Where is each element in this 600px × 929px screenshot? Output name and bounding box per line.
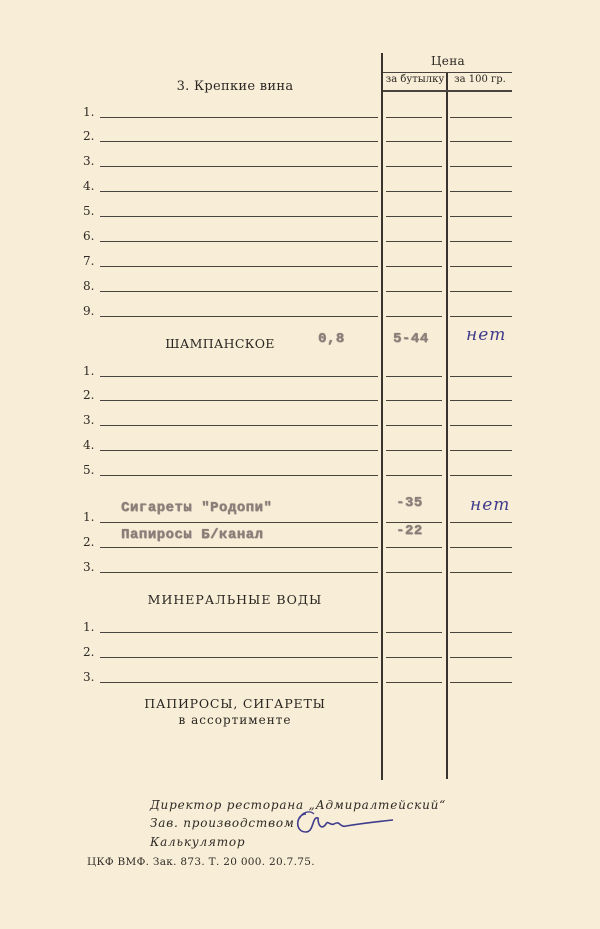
bottle-price-line <box>386 632 442 633</box>
printing-imprint: ЦКФ ВМФ. Зак. 873. Т. 20 000. 20.7.75. <box>87 856 315 868</box>
row-number: 5. <box>83 463 94 477</box>
section-title-tobacco: ПАПИРОСЫ, СИГАРЕТЫ <box>110 696 360 711</box>
per100-price-line <box>450 475 512 476</box>
per100-price-line <box>450 291 512 292</box>
stamped-price-2: -22 <box>396 523 423 539</box>
section-title-strong-wines: 3. Крепкие вина <box>100 79 370 94</box>
col-100g-header: за 100 гр. <box>448 74 512 85</box>
bottle-price-line <box>386 266 442 267</box>
row-number: 7. <box>83 254 94 268</box>
bottle-price-line <box>386 450 442 451</box>
champagne-bottle-price: 5-44 <box>393 331 429 347</box>
item-line <box>100 572 378 573</box>
bottle-price-line <box>386 547 442 548</box>
per100-price-line <box>450 141 512 142</box>
bottle-price-line <box>386 572 442 573</box>
handwritten-signature <box>288 806 398 838</box>
per100-price-line <box>450 316 512 317</box>
item-line <box>100 522 378 523</box>
header-rule-bottom <box>383 90 512 92</box>
bottle-price-line <box>386 316 442 317</box>
row-number: 1. <box>83 364 94 378</box>
stamped-item-2: Папиросы Б/канал <box>121 527 263 543</box>
champagne-note-handwritten: нет <box>466 325 506 345</box>
header-rule-top <box>383 72 512 73</box>
item-line <box>100 682 378 683</box>
per100-price-line <box>450 266 512 267</box>
item-line <box>100 166 378 167</box>
item-line <box>100 241 378 242</box>
row-number: 9. <box>83 304 94 318</box>
per100-price-line <box>450 450 512 451</box>
bottle-price-line <box>386 376 442 377</box>
section-title-champagne: ШАМПАНСКОЕ <box>150 336 290 351</box>
bottle-price-line <box>386 141 442 142</box>
item-line <box>100 316 378 317</box>
column-rule-middle <box>446 73 448 779</box>
stamped-price-1: -35 <box>396 495 423 511</box>
column-rule-left <box>381 53 383 780</box>
per100-price-line <box>450 632 512 633</box>
row-number: 6. <box>83 229 94 243</box>
row-number: 4. <box>83 179 94 193</box>
stamped-note-1: нет <box>470 495 510 515</box>
bottle-price-line <box>386 682 442 683</box>
bottle-price-line <box>386 241 442 242</box>
per100-price-line <box>450 400 512 401</box>
signature-calculator: Калькулятор <box>150 835 245 849</box>
row-number: 3. <box>83 154 94 168</box>
bottle-price-line <box>386 425 442 426</box>
menu-page: { "header": { "price_label": "Цена", "co… <box>0 0 600 929</box>
item-line <box>100 191 378 192</box>
per100-price-line <box>450 216 512 217</box>
per100-price-line <box>450 657 512 658</box>
per100-price-line <box>450 522 512 523</box>
row-number: 2. <box>83 129 94 143</box>
bottle-price-line <box>386 117 442 118</box>
bottle-price-line <box>386 657 442 658</box>
row-number: 5. <box>83 204 94 218</box>
row-number: 3. <box>83 413 94 427</box>
item-line <box>100 216 378 217</box>
row-number: 2. <box>83 645 94 659</box>
item-line <box>100 547 378 548</box>
price-header: Цена <box>384 54 512 68</box>
stamped-item-1: Сигареты "Родопи" <box>121 500 272 516</box>
item-line <box>100 376 378 377</box>
item-line <box>100 117 378 118</box>
per100-price-line <box>450 191 512 192</box>
item-line <box>100 632 378 633</box>
bottle-price-line <box>386 475 442 476</box>
item-line <box>100 400 378 401</box>
per100-price-line <box>450 117 512 118</box>
item-line <box>100 425 378 426</box>
row-number: 1. <box>83 105 94 119</box>
per100-price-line <box>450 166 512 167</box>
item-line <box>100 291 378 292</box>
per100-price-line <box>450 425 512 426</box>
section-subtitle-tobacco: в ассортименте <box>110 713 360 727</box>
section-title-mineral-water: МИНЕРАЛЬНЫЕ ВОДЫ <box>110 592 360 607</box>
per100-price-line <box>450 376 512 377</box>
bottle-price-line <box>386 191 442 192</box>
champagne-volume: 0,8 <box>318 331 345 347</box>
item-line <box>100 475 378 476</box>
item-line <box>100 657 378 658</box>
per100-price-line <box>450 682 512 683</box>
row-number: 4. <box>83 438 94 452</box>
row-number: 3. <box>83 560 94 574</box>
per100-price-line <box>450 241 512 242</box>
bottle-price-line <box>386 400 442 401</box>
item-line <box>100 141 378 142</box>
bottle-price-line <box>386 216 442 217</box>
per100-price-line <box>450 547 512 548</box>
bottle-price-line <box>386 166 442 167</box>
row-number: 2. <box>83 388 94 402</box>
row-number: 2. <box>83 535 94 549</box>
bottle-price-line <box>386 291 442 292</box>
row-number: 3. <box>83 670 94 684</box>
item-line <box>100 450 378 451</box>
row-number: 1. <box>83 510 94 524</box>
col-bottle-header: за бутылку <box>384 74 446 85</box>
item-line <box>100 266 378 267</box>
row-number: 8. <box>83 279 94 293</box>
signature-production: Зав. производством <box>150 816 295 830</box>
row-number: 1. <box>83 620 94 634</box>
per100-price-line <box>450 572 512 573</box>
